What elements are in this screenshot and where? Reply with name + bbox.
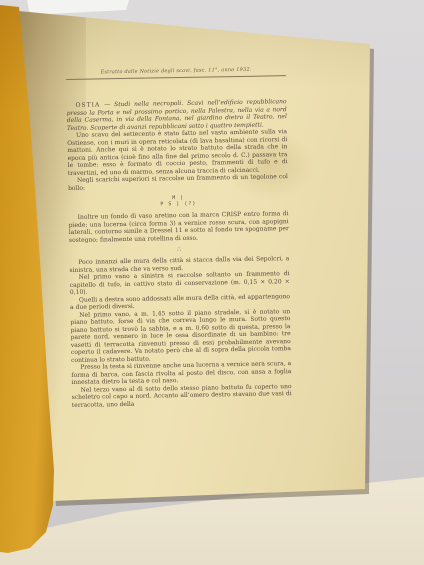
printed-text-block: Estratto dalle Notizie degli scavi, fasc… [66, 66, 292, 409]
paragraph: Nel terzo vano al di sotto dello stesso … [72, 383, 292, 409]
paragraph: Nel primo vano, a m. 1,45 sotto il piano… [70, 308, 291, 364]
brick-stamp: M | P S | (?) [68, 193, 288, 209]
article-lead-word: OSTIA [76, 101, 101, 108]
asterism-divider: ∴ [69, 244, 289, 255]
article-title-paragraph: OSTIA — Studi nella necropoli. Scavi nel… [67, 98, 287, 132]
article-title-text: Studi nella necropoli. Scavi nell’edific… [67, 98, 287, 131]
photo-scene: Estratto dalle Notizie degli scavi, fasc… [0, 0, 424, 565]
offprint-page: Estratto dalle Notizie degli scavi, fasc… [0, 0, 424, 565]
header-rule [66, 75, 286, 80]
paragraph: Negli scarichi superiori si raccolse un … [68, 173, 288, 192]
paragraph: Uno scavo del settecento è stato fatto n… [67, 128, 288, 177]
paragraph: Inoltre un fondo di vaso aretino con la … [69, 210, 289, 244]
article-body: OSTIA — Studi nella necropoli. Scavi nel… [67, 98, 292, 409]
title-dash: — [104, 101, 110, 108]
